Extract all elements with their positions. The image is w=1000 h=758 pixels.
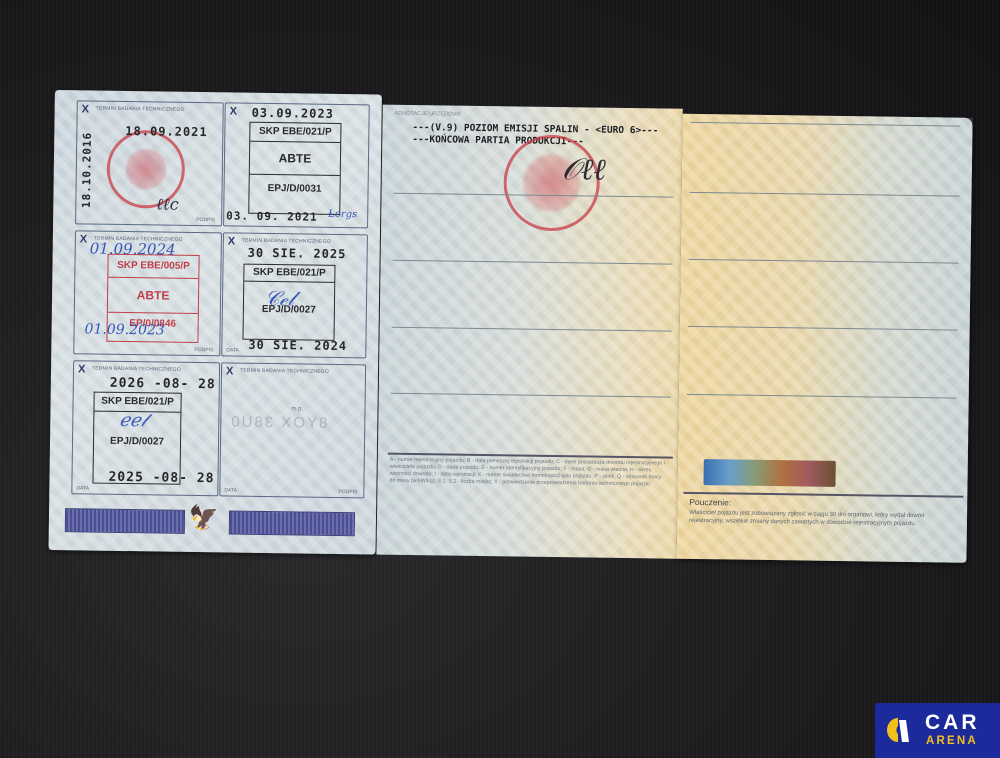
notice-page: Pouczenie: Właściciel pojazdu jest zobow… <box>676 114 972 563</box>
stamp-date: 18.09.2021 <box>125 124 207 139</box>
official-signature: 𝒪ℓℓ <box>562 152 606 188</box>
date-label: DATA <box>76 485 89 491</box>
official-annotations-page: ADNOTACJE URZĘDOWE ---(V.9) POZIOM EMISJ… <box>376 105 682 559</box>
category-code: ABTE <box>108 278 198 314</box>
notice-title: Pouczenie: <box>689 497 731 508</box>
inspection-date: 2025 -08- 28 <box>108 470 214 486</box>
inspection-cell-4: X TERMIN BADANIA TECHNICZNEGO 30 SIE. 20… <box>221 232 368 358</box>
signature: Ƚorgs <box>328 209 357 220</box>
date-label: DATA <box>226 347 239 353</box>
inspection-mark: X <box>228 235 236 247</box>
inspection-stamps-page: X TERMIN BADANIA TECHNICZNEGO 18.09.2021… <box>49 90 382 555</box>
station-id: SKP EBE/021/P <box>250 123 340 143</box>
next-inspection-date: 30 SIE. 2025 <box>248 246 347 261</box>
signature-label: PODPIS <box>194 347 213 353</box>
signature-label: PODPIS <box>338 489 357 495</box>
inspection-cell-5: X TERMIN BADANIA TECHNICZNEGO 2026 -08- … <box>71 360 220 496</box>
inspection-cell-1: X TERMIN BADANIA TECHNICZNEGO 18.09.2021… <box>75 100 224 226</box>
security-band-right <box>229 510 355 536</box>
inspection-mark: X <box>226 365 234 377</box>
car-arena-logo-icon <box>887 716 909 744</box>
category-code: ABTE <box>250 142 340 176</box>
cell-header: TERMIN BADANIA TECHNICZNEGO <box>92 366 181 373</box>
watermark-line1: CAR <box>925 711 980 735</box>
inspection-cell-2: X 03.09.2023 SKP EBE/021/P ABTE EPJ/D/00… <box>223 102 370 228</box>
signature: ℓℓc <box>156 194 179 214</box>
inspection-mark: X <box>80 233 88 245</box>
date-label: DATA <box>224 487 237 493</box>
station-stamp: SKP EBE/021/P ABTE EPJ/D/0031 <box>248 122 341 215</box>
diagnostician-id: EPJ/D/0031 <box>249 175 339 198</box>
station-id: SKP EBE/021/P <box>244 265 334 283</box>
mp-label: m.p. <box>291 406 303 412</box>
car-arena-watermark: CAR ARENA <box>875 703 1000 758</box>
annotations-header: ADNOTACJE URZĘDOWE <box>395 111 462 118</box>
security-band-left <box>65 508 185 534</box>
next-inspection-date: 03.09.2023 <box>252 106 334 121</box>
signature: ℯℯ𝓁 <box>119 410 147 431</box>
handwritten-date: 01.09.2023 <box>84 321 164 338</box>
hologram-security-strip <box>703 459 835 487</box>
signature: 𝒞ℯ𝓁 <box>265 286 294 310</box>
cell-header: TERMIN BADANIA TECHNICZNEGO <box>240 368 329 375</box>
footnote-legend: A - numer rejestracyjny pojazdu; B - dat… <box>389 457 664 489</box>
inspection-cell-6: X TERMIN BADANIA TECHNICZNEGO m.p. 8YOX … <box>219 362 366 498</box>
vehicle-registration-document: X TERMIN BADANIA TECHNICZNEGO 18.09.2021… <box>48 85 970 578</box>
inspection-mark: X <box>230 105 238 117</box>
inspection-date: 03. 09. 2021 <box>226 209 318 223</box>
inspection-mark: X <box>78 363 86 375</box>
ghost-imprint: 8YOX 38U0 <box>229 413 327 431</box>
signature-label: PODPIS <box>196 217 215 223</box>
side-date: 18.10.2016 <box>80 132 94 208</box>
eagle-emblem-icon: 🦅 <box>189 504 219 533</box>
cell-header: TERMIN BADANIA TECHNICZNEGO <box>242 238 331 245</box>
next-inspection-date: 2026 -08- 28 <box>110 376 216 392</box>
cell-header: TERMIN BADANIA TECHNICZNEGO <box>96 106 185 113</box>
station-id: SKP EBE/005/P <box>108 255 198 279</box>
inspection-cell-3: X TERMIN BADANIA TECHNICZNEGO 01.09.2024… <box>73 230 222 356</box>
inspection-date: 30 SIE. 2024 <box>248 338 347 353</box>
inspection-mark: X <box>82 103 90 115</box>
watermark-line2: ARENA <box>926 735 978 747</box>
